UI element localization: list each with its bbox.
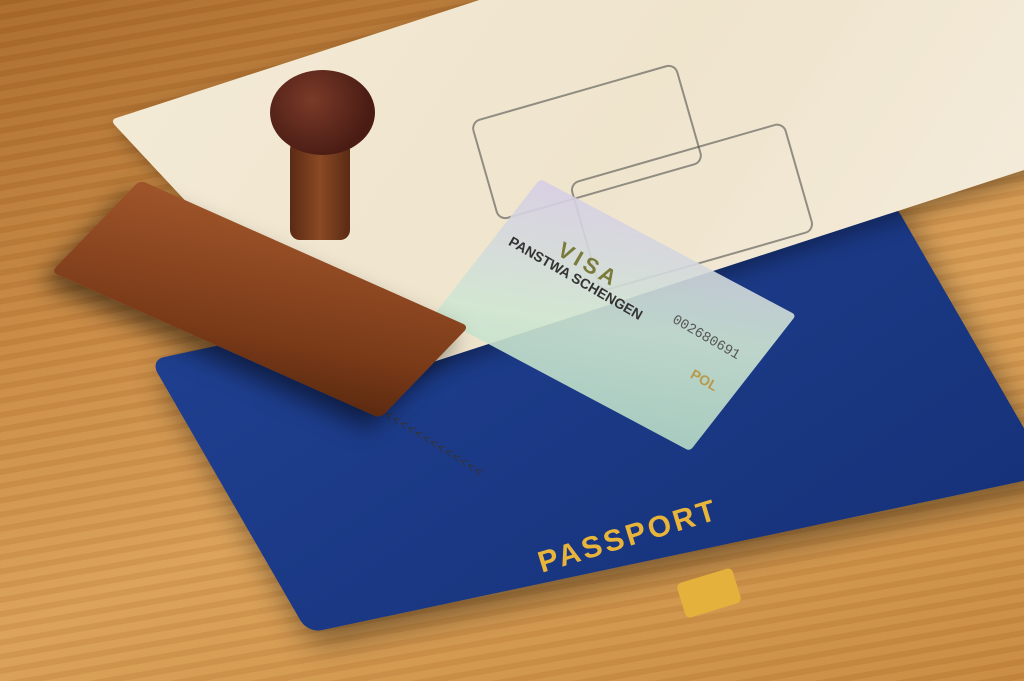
rubber-stamp-knob — [270, 70, 375, 155]
